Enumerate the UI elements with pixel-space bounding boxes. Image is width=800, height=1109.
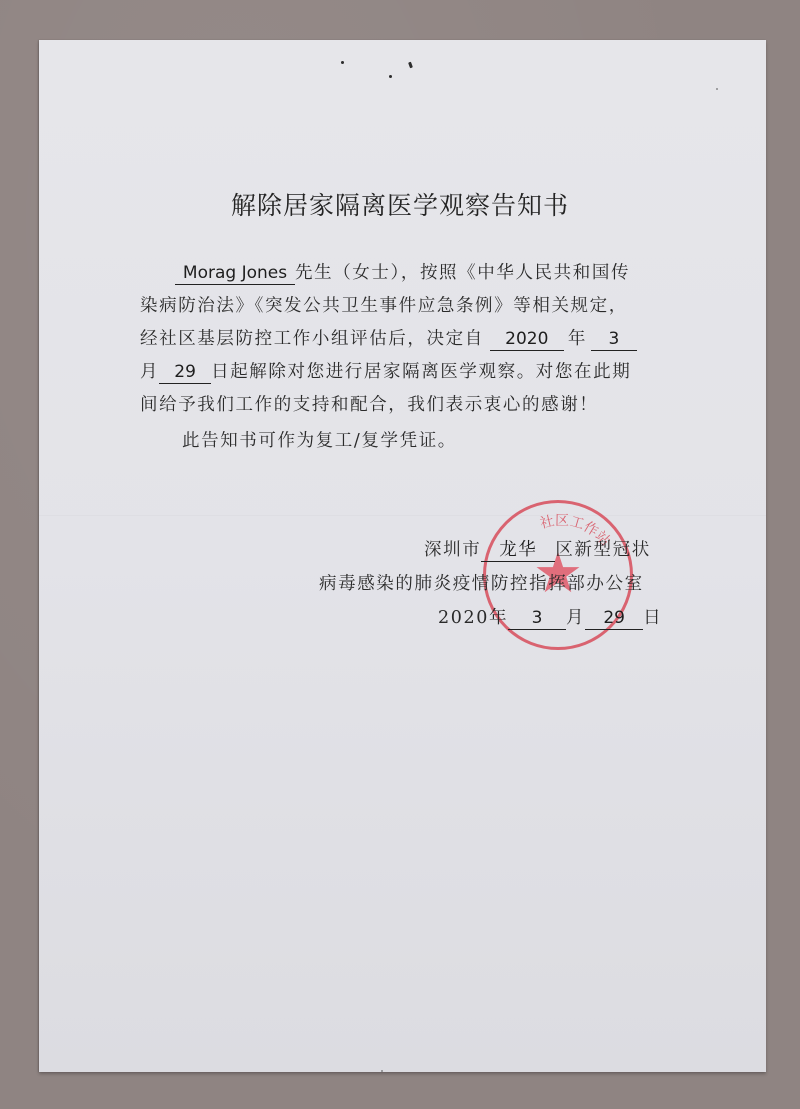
signature-line-1: 深圳市龙华区新型冠状 xyxy=(424,535,651,565)
signature-line-2: 病毒感染的肺炎疫情防控指挥部办公室 xyxy=(319,569,644,599)
month-label: 月 xyxy=(140,362,159,382)
ink-speck xyxy=(381,1070,383,1072)
start-month-field: 3 xyxy=(591,328,637,351)
ink-speck xyxy=(341,61,344,64)
recipient-name-field: Morag Jones xyxy=(175,262,295,285)
certificate-note: 此告知书可作为复工/复学凭证。 xyxy=(182,426,457,456)
sign-day-label: 日 xyxy=(643,608,662,628)
sign-day-field: 29 xyxy=(585,607,643,630)
start-year-field: 2020 xyxy=(490,328,564,351)
body-line-4: 月29日起解除对您进行居家隔离医学观察。对您在此期 xyxy=(140,357,631,387)
fold-line xyxy=(39,515,766,516)
sign-year-label: 年 xyxy=(489,608,508,628)
district-field: 龙华 xyxy=(481,539,555,562)
ink-speck xyxy=(389,75,392,78)
city-label: 深圳市 xyxy=(424,540,481,560)
year-label: 年 xyxy=(568,329,587,349)
body-line-5: 间给予我们工作的支持和配合，我们表示衷心的感谢！ xyxy=(140,390,598,420)
ink-speck xyxy=(408,62,413,69)
body-line-1: Morag Jones先生（女士），按照《中华人民共和国传 xyxy=(175,258,630,288)
sign-year: 2020 xyxy=(438,608,489,628)
decision-text: 经社区基层防控工作小组评估后，决定自 xyxy=(140,329,484,349)
body-line-2: 染病防治法》《突发公共卫生事件应急条例》等相关规定， xyxy=(140,291,628,321)
authority-text: 区新型冠状 xyxy=(555,540,651,560)
sign-month-field: 3 xyxy=(508,607,566,630)
salutation-text: 先生（女士），按照《中华人民共和国传 xyxy=(295,263,630,283)
body-line-3: 经社区基层防控工作小组评估后，决定自2020年3 xyxy=(140,324,637,354)
document-title: 解除居家隔离医学观察告知书 xyxy=(0,186,800,222)
release-text: 日起解除对您进行居家隔离医学观察。对您在此期 xyxy=(211,362,631,382)
signature-date: 2020年3月29日 xyxy=(438,603,662,633)
start-day-field: 29 xyxy=(159,361,211,384)
sign-month-label: 月 xyxy=(566,608,585,628)
ink-speck xyxy=(716,88,718,90)
